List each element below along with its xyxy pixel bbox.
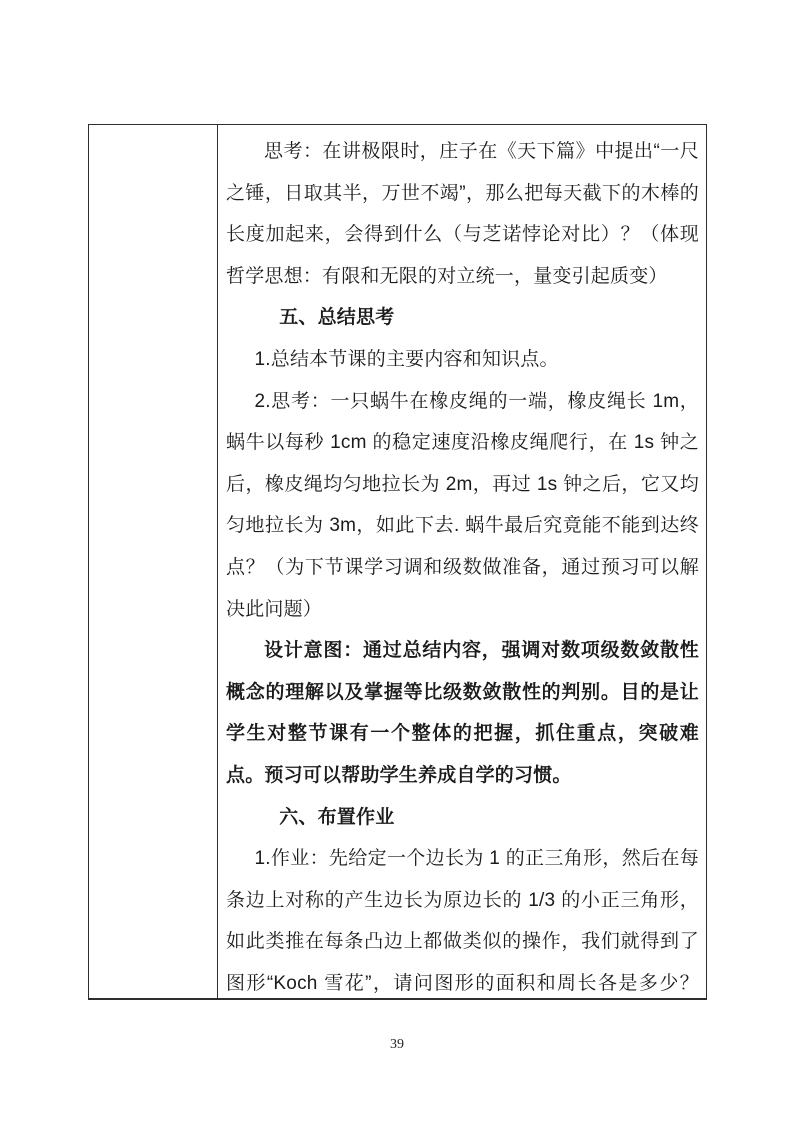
paragraph-summary-item-1: 1.总结本节课的主要内容和知识点。 bbox=[226, 339, 699, 381]
section-heading-summary: 五、总结思考 bbox=[226, 297, 699, 339]
page-number: 39 bbox=[0, 1037, 794, 1053]
table-content-cell: 思考：在讲极限时，庄子在《天下篇》中提出“一尺之锤，日取其半，万世不竭”，那么把… bbox=[218, 125, 706, 998]
paragraph-summary-item-2-snail: 2.思考：一只蜗牛在橡皮绳的一端，橡皮绳长 1m，蜗牛以每秒 1cm 的稳定速度… bbox=[226, 381, 699, 631]
document-page: 思考：在讲极限时，庄子在《天下篇》中提出“一尺之锤，日取其半，万世不竭”，那么把… bbox=[0, 0, 794, 1123]
paragraph-design-intent: 设计意图：通过总结内容，强调对数项级数敛散性概念的理解以及掌握等比级数敛散性的判… bbox=[226, 630, 699, 796]
lesson-plan-table: 思考：在讲极限时，庄子在《天下篇》中提出“一尺之锤，日取其半，万世不竭”，那么把… bbox=[88, 124, 707, 1000]
section-heading-homework: 六、布置作业 bbox=[226, 797, 699, 839]
table-empty-side-cell bbox=[89, 125, 218, 998]
paragraph-reflection-zhuangzi: 思考：在讲极限时，庄子在《天下篇》中提出“一尺之锤，日取其半，万世不竭”，那么把… bbox=[226, 131, 699, 297]
paragraph-homework-koch-snowflake: 1.作业：先给定一个边长为 1 的正三角形，然后在每条边上对称的产生边长为原边长… bbox=[226, 838, 699, 998]
